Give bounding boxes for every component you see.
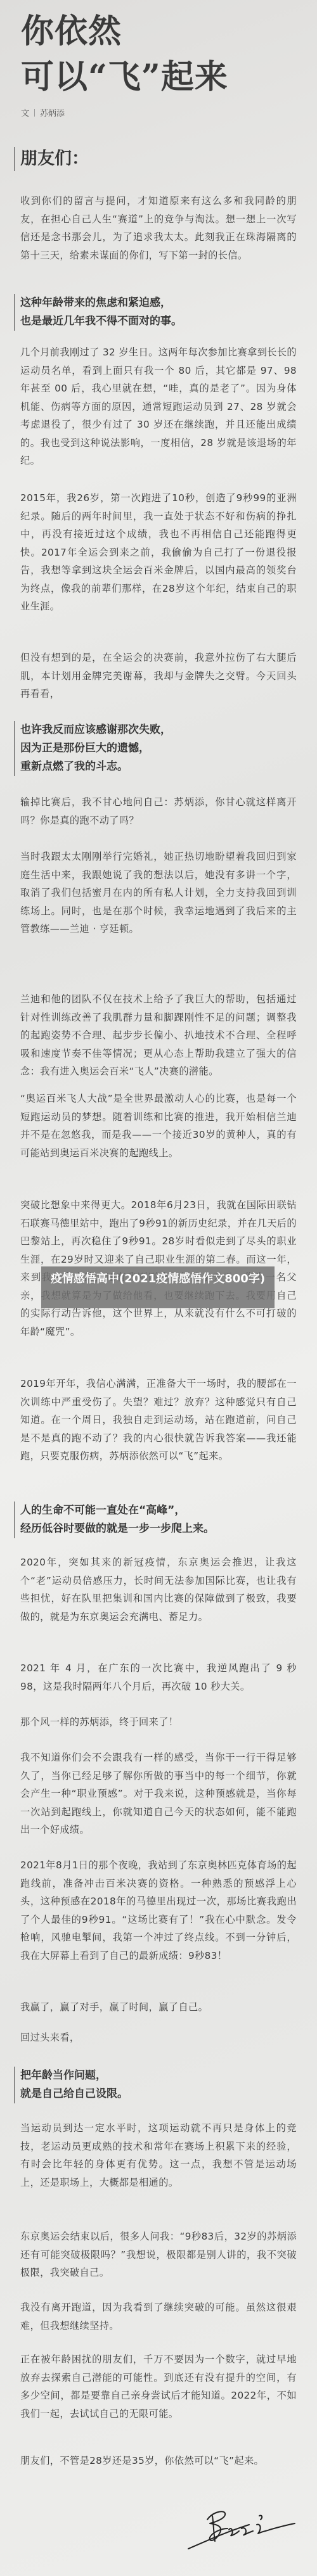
pull-quote: 也许我反而应该感谢那次失败， 因为正是那份巨大的遗憾， 重新点燃了我的斗志。 <box>14 721 171 776</box>
paragraph: 东京奥运会结束以后，很多人问我：“9秒83后，32岁的苏炳添还有可能突破极限吗？… <box>20 2228 297 2282</box>
byline-prefix: 文 <box>21 109 29 118</box>
pull-quote-line: 人的生命不可能一直处在“高峰”， <box>20 1502 214 1520</box>
paragraph: 收到你们的留言与提问，才知道原来有这么多和我同龄的朋友，在担心自己人生“赛道”上… <box>20 192 297 264</box>
pull-quote-line: 经历低谷时要做的就是一步一步爬上来。 <box>20 1520 214 1538</box>
paragraph: 2021年8月1日的那个夜晚，我站到了东京奥林匹克体育场的起跑线前，准备冲击百米… <box>20 1856 297 1965</box>
pull-quote-line: 也是最近几年我不得不面对的事。 <box>20 312 182 331</box>
pull-quote-line: 这种年龄带来的焦虑和紧迫感， <box>20 294 182 312</box>
pull-quote-line: 因为正是那份巨大的遗憾， <box>20 739 171 758</box>
paragraph: 几个月前我刚过了 32 岁生日。这两年每次参加比赛拿到长长的运动员名单，看到上面… <box>20 343 297 470</box>
byline: 文苏炳添 <box>21 106 65 118</box>
title-line-2: 可以“飞”起来 <box>21 54 228 100</box>
paragraph: 我赢了，赢了对手，赢了时间，赢了自己。 <box>20 1998 297 2017</box>
author-name: 苏炳添 <box>40 109 65 118</box>
paragraph: 我没有离开跑道，因为我看到了继续突破的可能。虽然这很艰难，但我想继续坚持。 <box>20 2299 297 2335</box>
paragraph: “奥运百米飞人大战”是全世界最激动人心的比赛，也是每一个短跑运动员的梦想。随着训… <box>20 1090 297 1162</box>
paragraph: 正在被年龄困扰的朋友们，千万不要因为一个数字，就过早地放弃去探索自己潜能的可能性… <box>20 2350 297 2423</box>
byline-divider <box>34 109 35 117</box>
paragraph: 我不知道你们会不会跟我有一样的感受，当你干一行干得足够久了，当你已经足够了解你所… <box>20 1749 297 1839</box>
paragraph: 回过头来看， <box>20 2029 297 2047</box>
paragraph: 2019年开年，我信心满满，正准备大干一场时，我的腰部在一次训练中严重受伤了。失… <box>20 1375 297 1465</box>
article-title: 你依然 可以“飞”起来 <box>21 9 228 100</box>
pull-quote-line: 重新点燃了我的斗志。 <box>20 758 171 776</box>
paragraph: 当时我跟太太刚刚举行完婚礼，她正热切地盼望着我回归到家庭生活中来，我跟她说了我的… <box>20 848 297 938</box>
paragraph: 朋友们，不管是28岁还是35岁，你依然可以“飞”起来。 <box>20 2452 297 2470</box>
paragraph: 当运动员到达一定水平时，这项运动就不再只是身体上的竞技，老运动员更成熟的技术和常… <box>20 2119 297 2191</box>
paragraph: 2015年，我26岁，第一次跑进了10秒，创造了9秒99的亚洲纪录。随后的两年时… <box>20 489 297 616</box>
paragraph: 兰迪和他的团队不仅在技术上给予了我巨大的帮助，包括通过针对性训练改善了我肌群力量… <box>20 990 297 1081</box>
paragraph: 那个风一样的苏炳添，终于回来了！ <box>20 1713 297 1731</box>
caption-overlay: 疫情感悟高中(2021疫情感悟作文800字) <box>41 1266 275 1308</box>
pull-quote: 人的生命不可能一直处在“高峰”， 经历低谷时要做的就是一步一步爬上来。 <box>14 1502 214 1538</box>
title-line-1: 你依然 <box>21 9 228 54</box>
paragraph: 但没有想到的是，在全运会的决赛前，我意外拉伤了右大腿后肌，本计划用金牌完美谢幕，… <box>20 649 297 703</box>
paragraph: 2021 年 4 月，在广东的一次比赛中，我逆风跑出了 9 秒 98，这是我时隔… <box>20 1659 297 1695</box>
paragraph: 输掉比赛后，我不甘心地问自己：苏炳添，你甘心就这样离开吗？你是真的跑不动了吗？ <box>20 793 297 829</box>
pull-quote: 这种年龄带来的焦虑和紧迫感， 也是最近几年我不得不面对的事。 <box>14 294 182 331</box>
signature-icon <box>187 2506 301 2556</box>
pull-quote-line: 也许我反而应该感谢那次失败， <box>20 721 171 739</box>
article-page: 你依然 可以“飞”起来 文苏炳添 朋友们： 收到你们的留言与提问，才知道原来有这… <box>0 0 317 2576</box>
pull-quote-line: 把年龄当作问题， <box>20 2067 128 2085</box>
pull-quote-line: 就是自己给自己设限。 <box>20 2085 128 2103</box>
paragraph: 2020年，突如其来的新冠疫情，东京奥运会推迟，让我这个“老”运动员倍感压力，长… <box>20 1553 297 1626</box>
salutation-heading: 朋友们： <box>14 147 89 171</box>
pull-quote: 把年龄当作问题， 就是自己给自己设限。 <box>14 2067 128 2103</box>
